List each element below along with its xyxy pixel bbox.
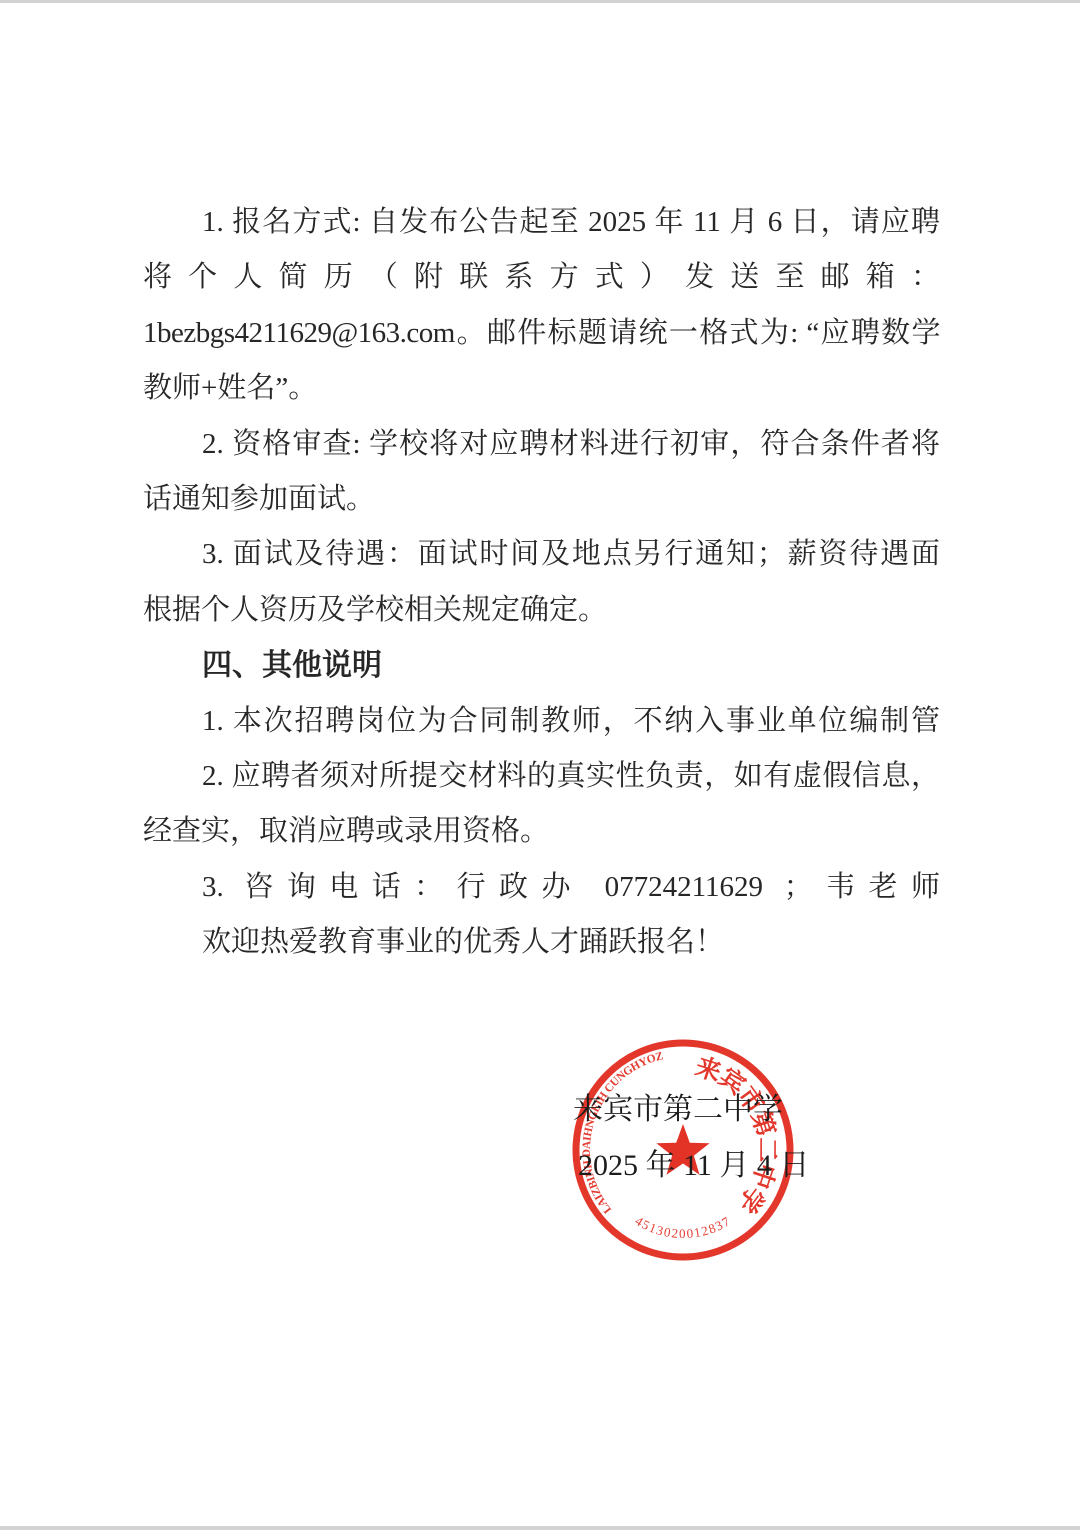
document-line: 将个人简历（附联系方式）发送至邮箱：	[143, 250, 940, 305]
page-bottom-edge	[0, 1526, 1080, 1530]
document-line: 2. 资格审查: 学校将对应聘材料进行初审，符合条件者将电	[143, 417, 940, 472]
svg-text:LAIZBINH DAIHNGEIH CUNGHYOZ: LAIZBINH DAIHNGEIH CUNGHYOZ	[581, 1050, 665, 1215]
document-line: 话通知参加面试。	[143, 472, 940, 527]
page-top-edge	[0, 0, 1080, 3]
scanned-document-page: { "colors": { "seal_red": "#e2281b", "te…	[0, 0, 1080, 1530]
document-line: 欢迎热爱教育事业的优秀人才踊跃报名！	[143, 915, 940, 970]
document-line: 2. 应聘者须对所提交材料的真实性负责，如有虚假信息，一	[143, 749, 940, 804]
signature-date: 2025 年 11 月 4 日	[578, 1149, 809, 1183]
document-line: 3. 咨询电话：行政办 07724211629 ；韦老师 13978256168…	[143, 860, 940, 915]
document-line: 教师+姓名”。	[143, 361, 940, 416]
signature-school-name: 来宾市第二中学	[573, 1093, 783, 1127]
document-line: 经查实，取消应聘或录用资格。	[143, 804, 940, 859]
document-line: 1bezbgs4211629@163.com。邮件标题请统一格式为: “应聘数学	[143, 306, 940, 361]
seal-ring-text-zhuang: LAIZBINH DAIHNGEIH CUNGHYOZ	[581, 1050, 665, 1215]
section-heading: 四、其他说明	[143, 638, 940, 693]
svg-text:4513020012837: 4513020012837	[632, 1213, 732, 1241]
document-line: 1. 报名方式: 自发布公告起至 2025 年 11 月 6 日，请应聘者	[143, 195, 940, 250]
svg-text:来宾市第二中学: 来宾市第二中学	[692, 1053, 781, 1219]
seal-serial-number: 4513020012837	[632, 1213, 732, 1241]
seal-ring-text-chinese: 来宾市第二中学	[692, 1053, 781, 1219]
document-line: 3. 面试及待遇：面试时间及地点另行通知；薪资待遇面议，	[143, 527, 940, 582]
document-body: 1. 报名方式: 自发布公告起至 2025 年 11 月 6 日，请应聘者将个人…	[143, 195, 940, 970]
document-line: 1. 本次招聘岗位为合同制教师，不纳入事业单位编制管理。	[143, 694, 940, 749]
document-line: 根据个人资历及学校相关规定确定。	[143, 583, 940, 638]
